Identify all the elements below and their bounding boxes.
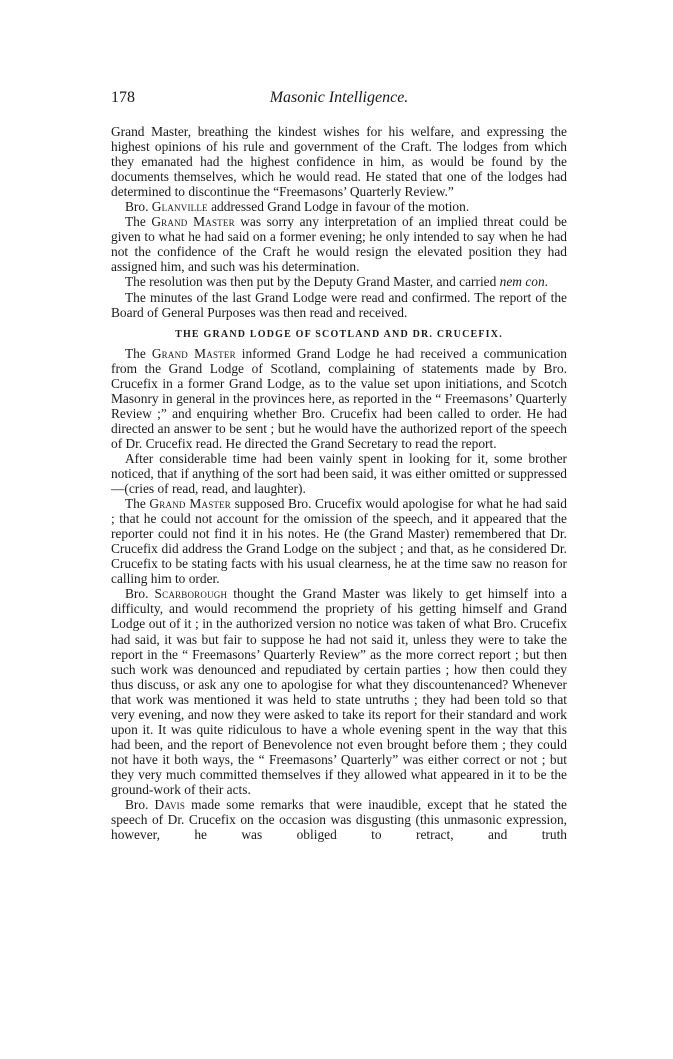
book-page: 178 Masonic Intelligence. Grand Master, … (111, 90, 567, 842)
paragraph-davis: Bro. Davis made some remarks that were i… (111, 797, 567, 842)
speaker-name: Grand Master (149, 496, 231, 511)
paragraph-grand-master-3: The Grand Master supposed Bro. Crucefix … (111, 496, 567, 586)
speaker-name: Scarborough (155, 586, 228, 601)
paragraph-after-considerable: After considerable time had been vainly … (111, 451, 567, 496)
speaker-name: Grand Master (151, 214, 234, 229)
paragraph-text: addressed Grand Lodge in favour of the m… (208, 199, 469, 214)
speaker-name: Glanville (152, 199, 208, 214)
paragraph-glanville: Bro. Glanville addressed Grand Lodge in … (111, 199, 567, 214)
speaker-prefix: Bro. (125, 199, 152, 214)
speaker-name: Grand Master (152, 346, 236, 361)
paragraph-resolution: The resolution was then put by the Deput… (111, 274, 567, 289)
section-heading: THE GRAND LODGE OF SCOTLAND AND DR. CRUC… (111, 329, 567, 341)
paragraph-text: After considerable time had been vainly … (111, 451, 567, 496)
speaker-prefix: The (125, 346, 152, 361)
paragraph-continued: Grand Master, breathing the kindest wish… (111, 124, 567, 199)
paragraph-text: The resolution was then put by the Deput… (125, 274, 500, 289)
italic-phrase: nem con (500, 274, 545, 289)
paragraph-text: informed Grand Lodge he had received a c… (111, 346, 567, 451)
paragraph-minutes: The minutes of the last Grand Lodge were… (111, 290, 567, 320)
paragraph-text: . (545, 274, 548, 289)
paragraph-scarborough: Bro. Scarborough thought the Grand Maste… (111, 586, 567, 797)
paragraph-text: Grand Master, breathing the kindest wish… (111, 124, 567, 199)
running-head: 178 Masonic Intelligence. (111, 90, 567, 112)
speaker-name: Davis (155, 797, 186, 812)
paragraph-text: thought the Grand Master was likely to g… (111, 586, 567, 797)
speaker-prefix: The (125, 214, 151, 229)
paragraph-grand-master-1: The Grand Master was sorry any interpret… (111, 214, 567, 274)
speaker-prefix: Bro. (125, 797, 155, 812)
running-title: Masonic Intelligence. (111, 90, 567, 105)
speaker-prefix: The (125, 496, 149, 511)
paragraph-text: The minutes of the last Grand Lodge were… (111, 290, 567, 320)
speaker-prefix: Bro. (125, 586, 155, 601)
paragraph-grand-master-2: The Grand Master informed Grand Lodge he… (111, 346, 567, 451)
